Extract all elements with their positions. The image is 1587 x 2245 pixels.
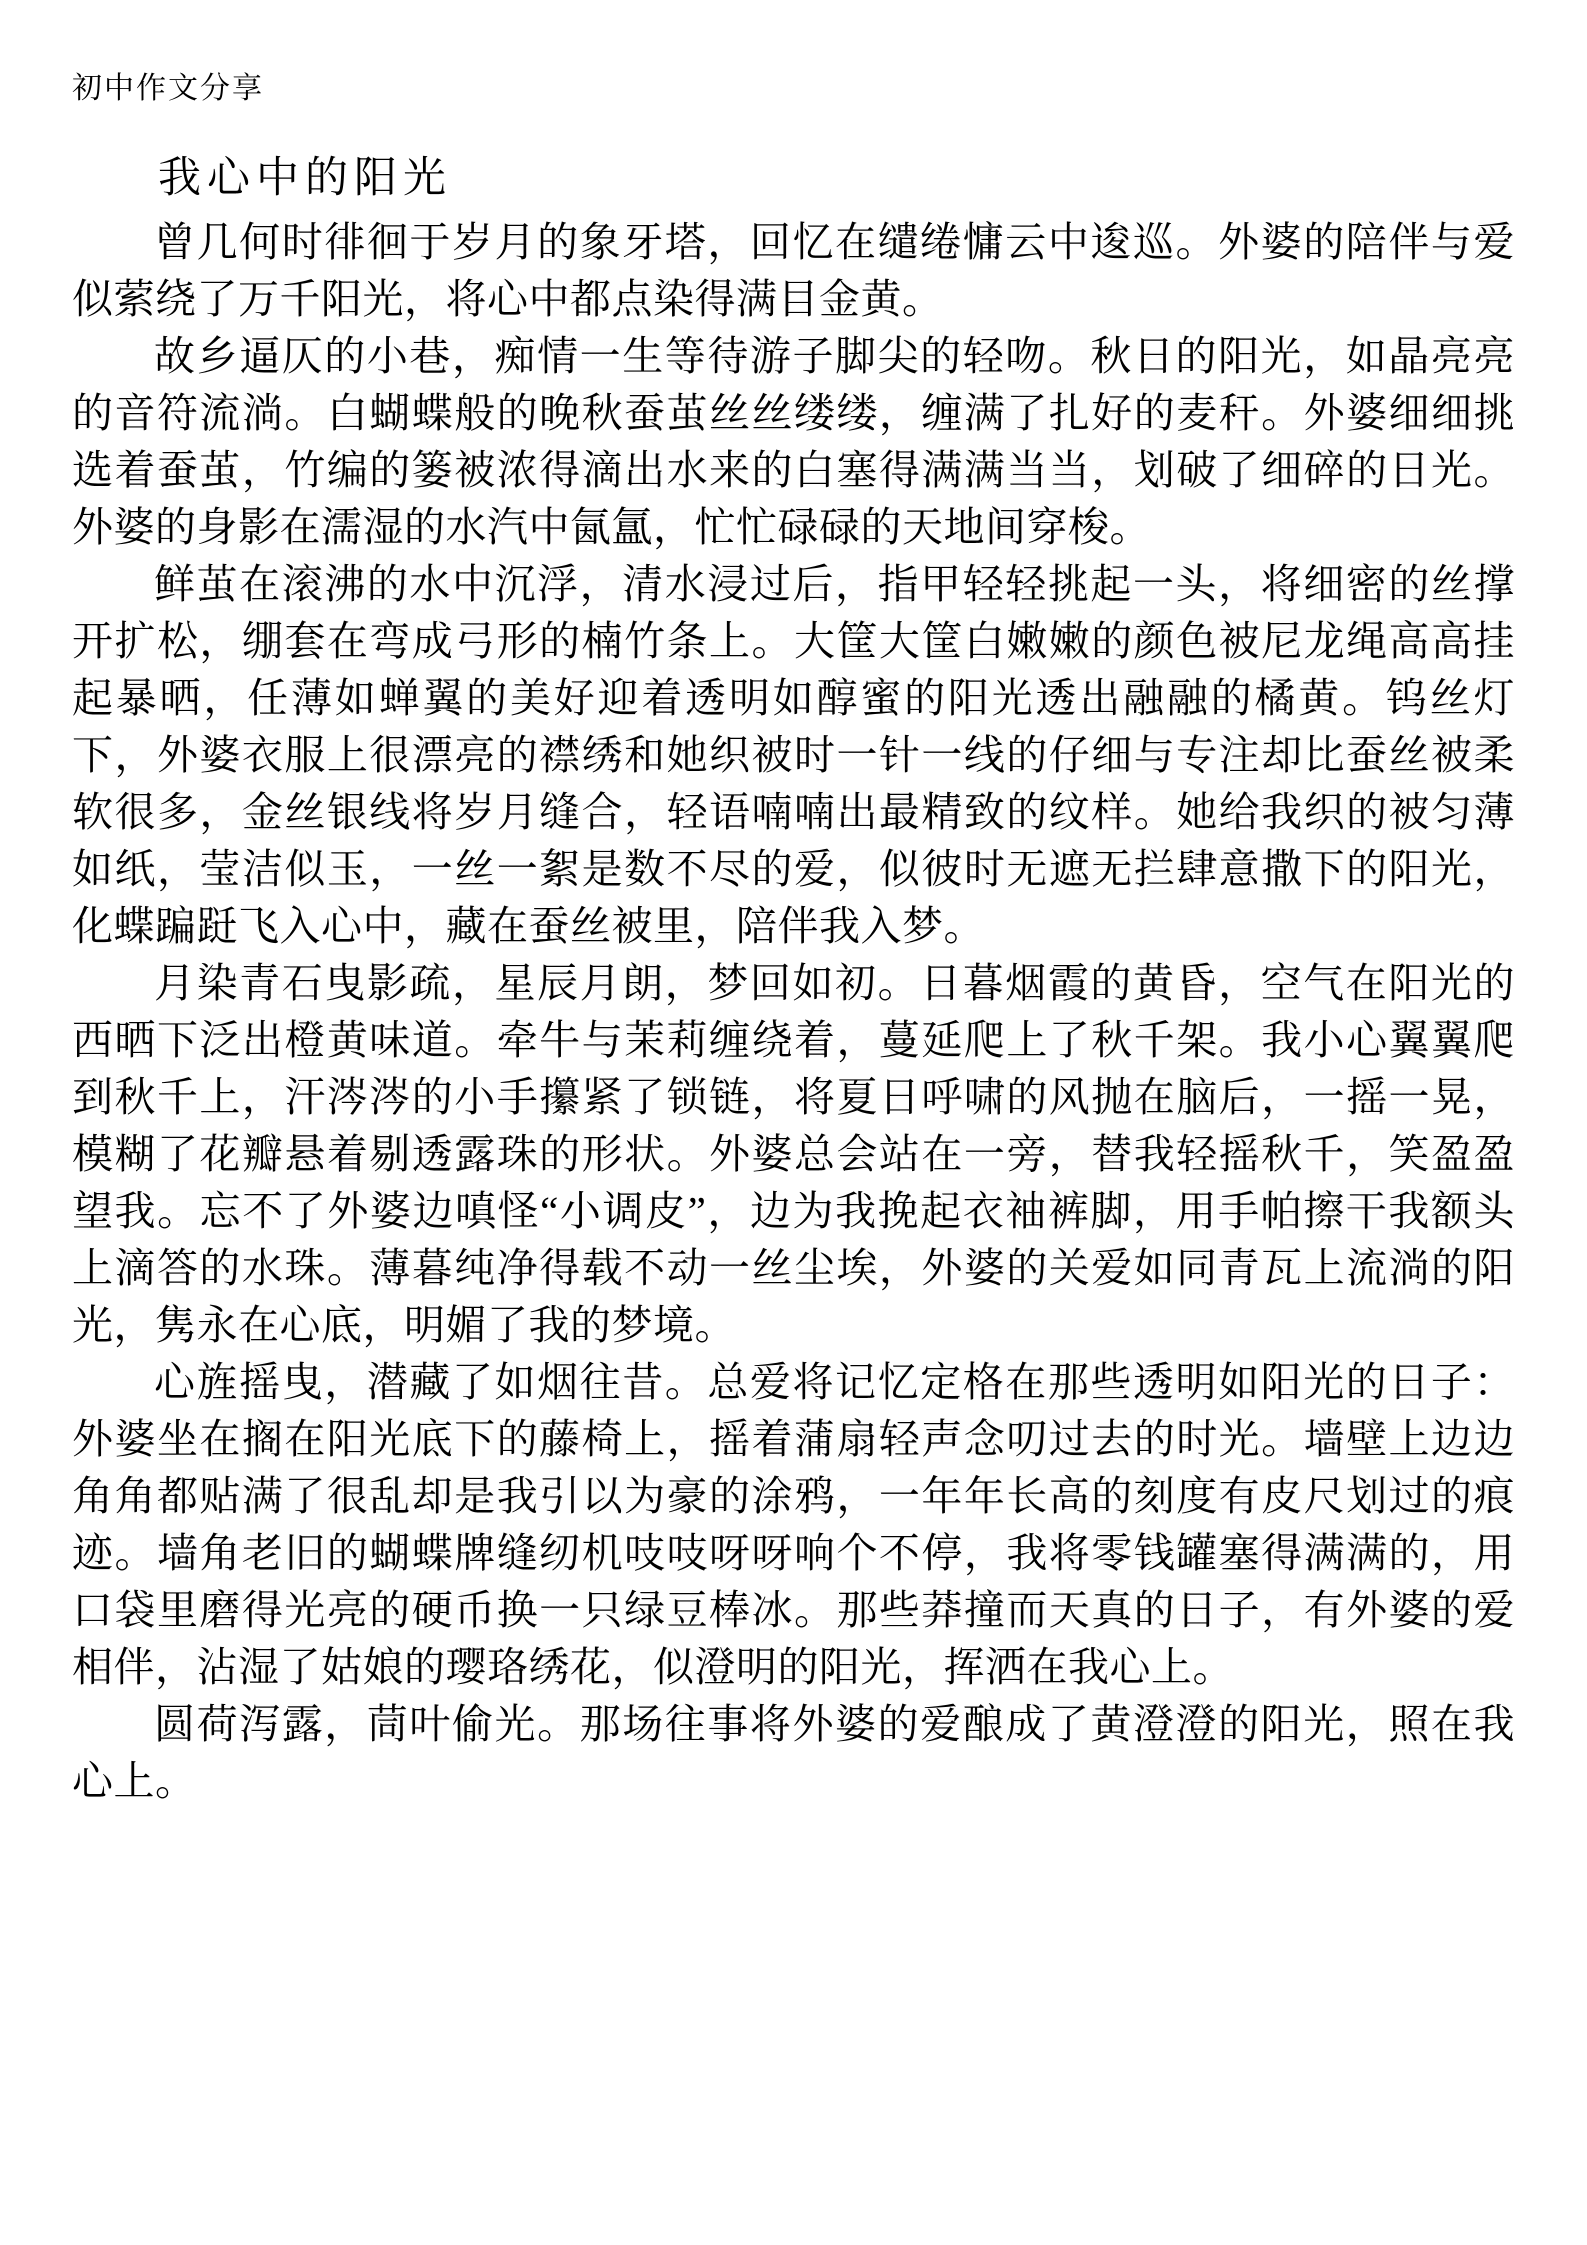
doc-header: 初中作文分享 [72, 70, 1515, 108]
essay-paragraph: 圆荷泻露，茼叶偷光。那场往事将外婆的爱酿成了黄澄澄的阳光，照在我心上。 [72, 1696, 1515, 1810]
essay-title: 我心中的阳光 [72, 150, 1515, 208]
essay-paragraph: 故乡逼仄的小巷，痴情一生等待游子脚尖的轻吻。秋日的阳光，如晶亮亮的音符流淌。白蝴… [72, 328, 1515, 556]
essay-body: 曾几何时徘徊于岁月的象牙塔，回忆在缱绻慵云中逡巡。外婆的陪伴与爱似萦绕了万千阳光… [72, 214, 1515, 1810]
essay-paragraph: 心旌摇曳，潜藏了如烟往昔。总爱将记忆定格在那些透明如阳光的日子：外婆坐在搁在阳光… [72, 1354, 1515, 1696]
essay-paragraph: 鲜茧在滚沸的水中沉浮，清水浸过后，指甲轻轻挑起一头，将细密的丝撑开扩松，绷套在弯… [72, 556, 1515, 955]
essay-paragraph: 月染青石曳影疏，星辰月朗，梦回如初。日暮烟霞的黄昏，空气在阳光的西晒下泛出橙黄味… [72, 955, 1515, 1354]
essay-paragraph: 曾几何时徘徊于岁月的象牙塔，回忆在缱绻慵云中逡巡。外婆的陪伴与爱似萦绕了万千阳光… [72, 214, 1515, 328]
document-page: 初中作文分享 我心中的阳光 曾几何时徘徊于岁月的象牙塔，回忆在缱绻慵云中逡巡。外… [0, 0, 1587, 2245]
